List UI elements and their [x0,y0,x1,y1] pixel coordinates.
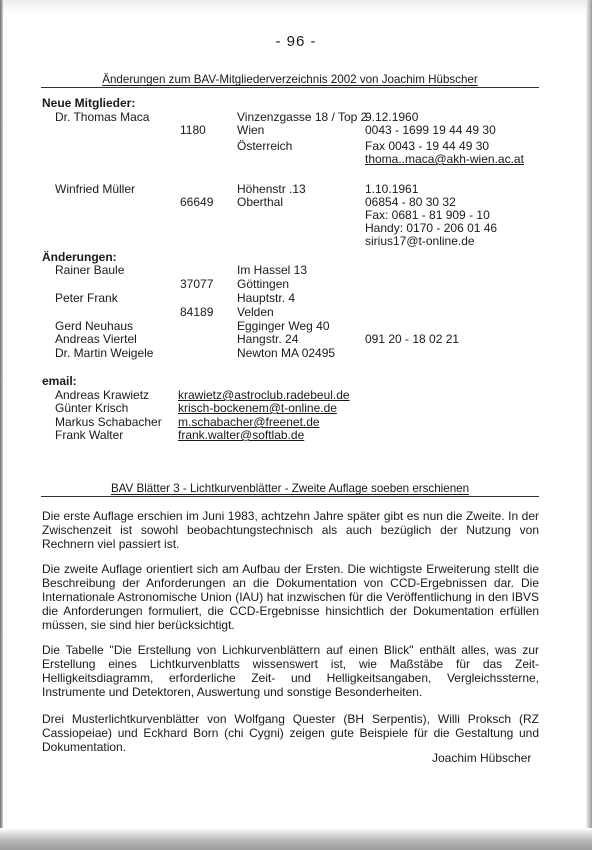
scan-shadow-bottom [0,828,592,850]
change-street: Hangstr. 24 [237,333,298,347]
change-city: Velden [237,306,274,320]
change-street: Im Hassel 13 [237,264,307,278]
page-number: - 96 - [0,35,592,49]
member-name: Winfried Müller [55,183,135,197]
email-name: Günter Krisch [55,402,128,416]
member-postcode: 1180 [180,124,206,138]
heading-new-members: Neue Mitglieder: [42,97,135,111]
member-city: Oberthal [237,196,283,210]
change-name: Peter Frank [55,292,118,306]
change-street: Hauptstr. 4 [237,292,295,306]
member-country: Österreich [237,140,292,154]
email-link[interactable]: krisch-bockenem@t-online.de [178,402,337,416]
scan-shadow-top [0,0,592,14]
change-postcode: 84189 [180,306,213,320]
member-name: Dr. Thomas Maca [55,111,149,125]
section-title-member-changes: Änderungen zum BAV-Mitgliederverzeichnis… [41,73,539,88]
member-email-link[interactable]: thoma..maca@akh-wien.ac.at [365,153,524,167]
change-postcode: 37077 [180,278,213,292]
section-title-lightcurve-sheets: BAV Blätter 3 - Lichtkurvenblätter - Zwe… [41,482,539,497]
change-phone: 091 20 - 18 02 21 [365,333,459,347]
change-name: Dr. Martin Weigele [55,347,153,361]
scan-shadow-right [586,0,592,850]
paragraph: Die erste Auflage erschien im Juni 1983,… [42,509,539,551]
member-postcode: 66649 [180,196,213,210]
author-signature: Joachim Hübscher [432,751,531,765]
member-phone: 0043 - 1699 19 44 49 30 [365,124,496,138]
section-title-text: BAV Blätter 3 - Lichtkurvenblätter - Zwe… [111,482,469,495]
change-address: Newton MA 02495 [237,347,335,361]
email-name: Frank Walter [55,429,123,443]
change-name: Andreas Viertel [55,333,137,347]
paragraph: Drei Musterlichtkurvenblätter von Wolfga… [42,712,539,754]
section-title-text: Änderungen zum BAV-Mitgliederverzeichnis… [102,73,478,86]
change-name: Rainer Baule [55,264,124,278]
member-city: Wien [237,124,264,138]
paragraph: Die zweite Auflage orientiert sich am Au… [42,562,539,632]
change-city: Göttingen [237,278,289,292]
paragraph: Die Tabelle "Die Erstellung von Lichkurv… [42,643,539,699]
scan-shadow-left [0,0,3,850]
heading-email: email: [42,375,77,389]
email-link[interactable]: frank.walter@softlab.de [178,429,304,443]
member-email: sirius17@t-online.de [365,235,475,249]
